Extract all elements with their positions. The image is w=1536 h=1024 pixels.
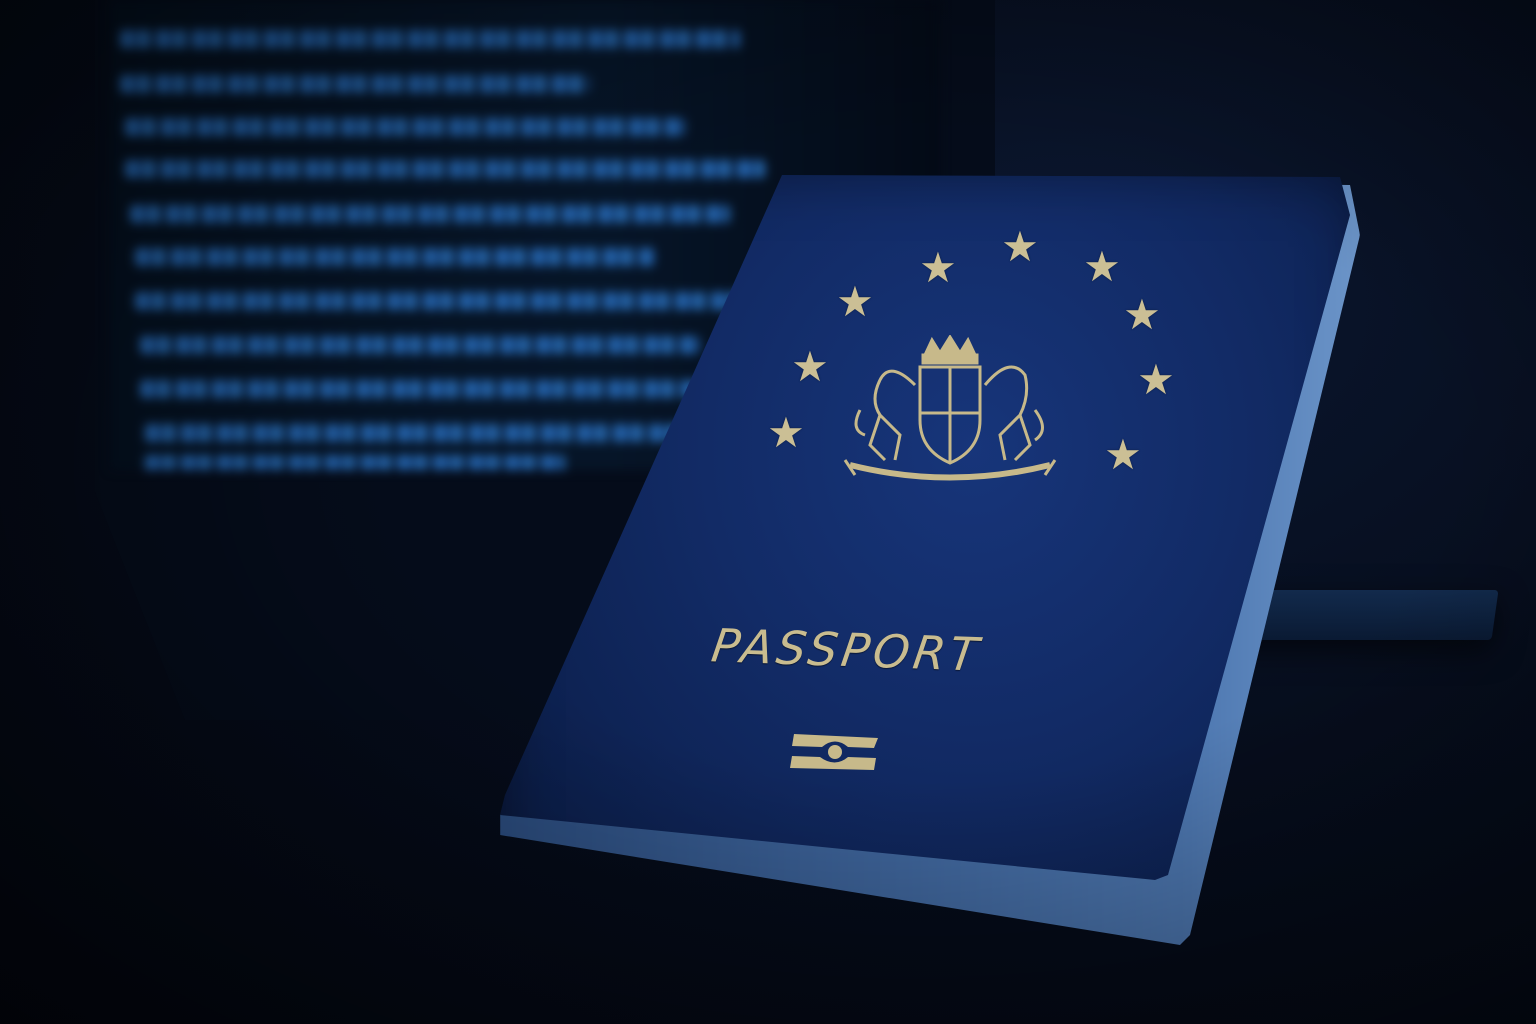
passport-title: PASSPORT xyxy=(708,618,985,681)
code-line xyxy=(120,30,740,48)
star-icon: ★ xyxy=(1083,246,1121,288)
star-icon: ★ xyxy=(1001,226,1039,268)
biometric-chip-icon xyxy=(790,732,880,772)
star-icon: ★ xyxy=(1104,434,1142,476)
star-icon: ★ xyxy=(767,412,805,454)
coat-of-arms-icon xyxy=(820,335,1080,505)
passport: ★★★★★★★★★ PASSPORT xyxy=(500,175,1360,955)
star-icon: ★ xyxy=(919,247,957,289)
star-icon: ★ xyxy=(836,281,874,323)
code-line xyxy=(120,75,590,93)
star-icon: ★ xyxy=(1137,359,1175,401)
code-line xyxy=(125,118,685,136)
star-icon: ★ xyxy=(1123,294,1161,336)
